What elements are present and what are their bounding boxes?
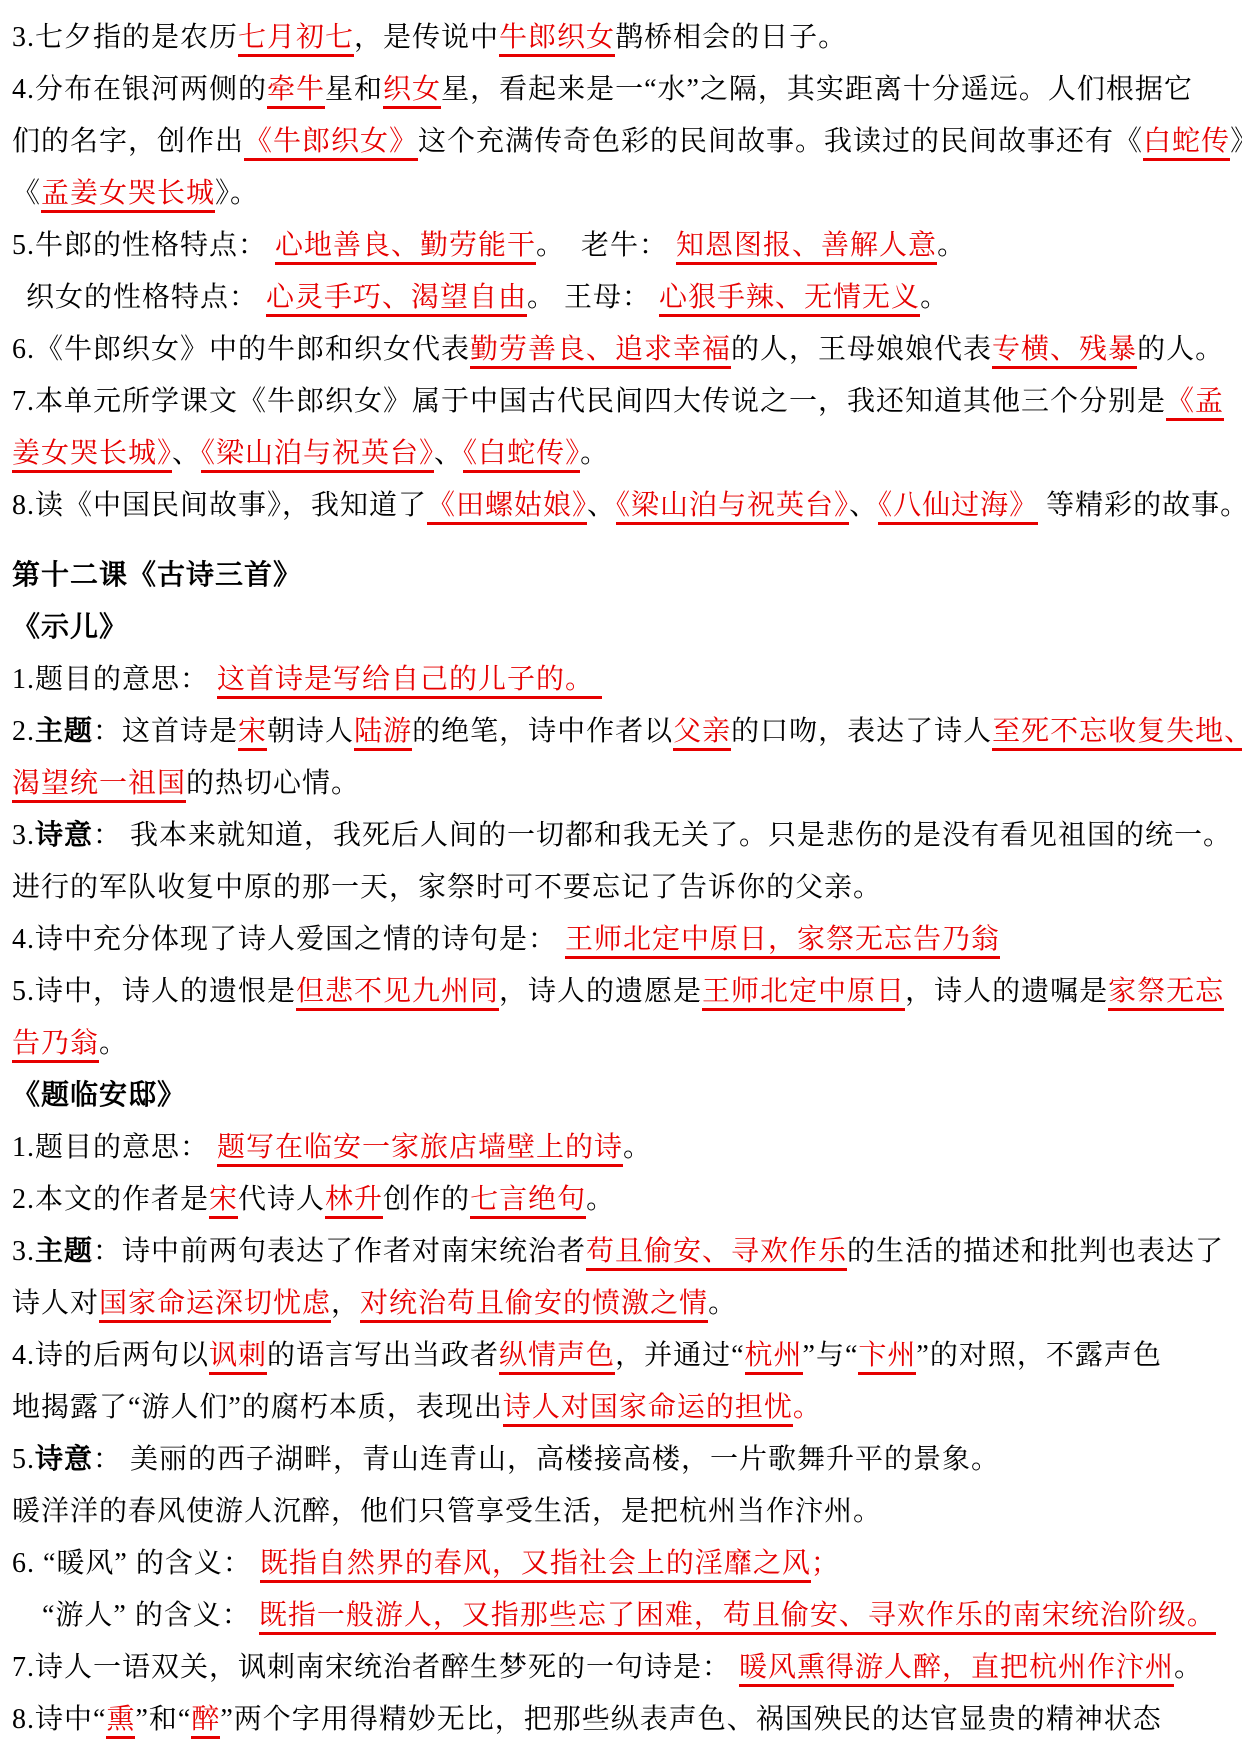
answer-text: 心地善良、勤劳能干: [275, 230, 536, 265]
body-text: 这个充满传奇色彩的民间故事。我读过的民间故事还有《: [418, 126, 1143, 157]
body-text: 》: [1230, 126, 1242, 157]
answer-text: 七月初七: [238, 22, 354, 57]
answer-text: 但悲不见九州同: [296, 976, 499, 1011]
body-text: 1.题目的意思：: [12, 664, 217, 695]
shier-item-5-line2: 告乃翁。: [12, 1018, 1234, 1070]
body-text: 。: [580, 438, 609, 469]
body-text: 代诗人: [238, 1184, 325, 1215]
document-page: 3.七夕指的是农历七月初七，是传说中牛郎织女鹊桥相会的日子。4.分布在银河两侧的…: [0, 0, 1242, 1746]
answer-text: 勤劳善良、追求幸福: [470, 334, 731, 369]
answer-text: 。: [793, 1392, 822, 1423]
answer-text: 孟姜女哭长城: [41, 178, 215, 213]
heading-text: 第十二课《古诗三首》: [12, 560, 302, 591]
item-5-line2: 织女的性格特点： 心灵手巧、渴望自由。 王母： 心狠手辣、无情无义。: [12, 272, 1234, 324]
heading-text: 主题: [35, 716, 93, 747]
tla-item-7: 7.诗人一语双关，讽刺南宋统治者醉生梦死的一句诗是： 暖风熏得游人醉，直把杭州作…: [12, 1642, 1234, 1694]
body-text: 3.: [12, 1236, 35, 1267]
body-text: 暖洋洋的春风使游人沉醉，他们只管享受生活，是把杭州当作汴州。: [12, 1496, 882, 1527]
body-text: 5.: [12, 1444, 35, 1475]
answer-text: 家祭无忘: [1108, 976, 1224, 1011]
body-text: 创作的: [383, 1184, 470, 1215]
item-7-line1: 7.本单元所学课文《牛郎织女》属于中国古代民间四大传说之一，我还知道其他三个分别…: [12, 376, 1234, 428]
body-text: ： 我本来就知道，我死后人间的一切都和我无关了。只是悲伤的是没有看见祖国的统一。: [93, 820, 1232, 851]
answer-text: 纵情声色: [499, 1340, 615, 1375]
item-4-line3: 《孟姜女哭长城》。: [12, 168, 1234, 220]
body-text: 、: [172, 438, 201, 469]
answer-text: 宋: [238, 716, 267, 751]
poem-title-shier: 《示儿》: [12, 602, 1234, 654]
body-text: ，诗人的遗嘱是: [905, 976, 1108, 1007]
body-text: “游人” 的含义：: [42, 1600, 259, 1631]
body-text: ，是传说中: [354, 22, 499, 53]
body-text: 4.分布在银河两侧的: [12, 74, 267, 105]
body-text: 。: [623, 1132, 652, 1163]
answer-text: 渴望统一祖国: [12, 768, 186, 803]
answer-text: 题写在临安一家旅店墙壁上的诗: [217, 1132, 623, 1167]
body-text: ： 美丽的西子湖畔，青山连青山，高楼接高楼，一片歌舞升平的景象。: [93, 1444, 1000, 1475]
shier-item-2-line2: 渴望统一祖国的热切心情。: [12, 758, 1234, 810]
shier-item-5-line1: 5.诗中，诗人的遗恨是但悲不见九州同，诗人的遗愿是王师北定中原日，诗人的遗嘱是家…: [12, 966, 1234, 1018]
body-text: 。: [708, 1288, 737, 1319]
body-text: 。: [99, 1028, 128, 1059]
body-text: 、: [587, 490, 616, 521]
body-text: 诗人对: [12, 1288, 99, 1319]
blank-line: [12, 532, 1234, 550]
answer-text: 既指自然界的春风，又指社会上的淫靡之风: [260, 1548, 811, 1583]
body-text: 8.诗中“: [12, 1704, 106, 1735]
body-text: 7.本单元所学课文《牛郎织女》属于中国古代民间四大传说之一，我还知道其他三个分别…: [12, 386, 1166, 417]
body-text: 们的名字，创作出: [12, 126, 244, 157]
body-text: 2.: [12, 716, 35, 747]
tla-item-5-line2: 暖洋洋的春风使游人沉醉，他们只管享受生活，是把杭州当作汴州。: [12, 1486, 1234, 1538]
heading-text: 诗意: [35, 820, 93, 851]
tla-item-6-line2: “游人” 的含义： 既指一般游人，又指那些忘了困难，苟且偷安、寻欢作乐的南宋统治…: [12, 1590, 1234, 1642]
shier-item-1: 1.题目的意思： 这首诗是写给自己的儿子的。: [12, 654, 1234, 706]
body-text: ，并通过“: [615, 1340, 744, 1371]
answer-text: 林升: [325, 1184, 383, 1219]
body-text: 鹊桥相会的日子。: [615, 22, 847, 53]
body-text: 。: [1174, 1652, 1203, 1683]
body-text: 。 老牛：: [536, 230, 676, 261]
answer-text: 牛郎织女: [499, 22, 615, 57]
body-text: 》。: [215, 178, 259, 209]
answer-text: 暖风熏得游人醉，直把杭州作汴州: [739, 1652, 1174, 1687]
body-text: ，: [331, 1288, 360, 1319]
body-text: 的人，王母娘娘代表: [731, 334, 992, 365]
answer-text: 《梁山泊与祝英台》: [616, 490, 849, 525]
tla-item-5-line1: 5.诗意： 美丽的西子湖畔，青山连青山，高楼接高楼，一片歌舞升平的景象。: [12, 1434, 1234, 1486]
item-3-qixi: 3.七夕指的是农历七月初七，是传说中牛郎织女鹊桥相会的日子。: [12, 12, 1234, 64]
answer-text: 《梁山泊与祝英台》: [201, 438, 434, 473]
body-text: 5.牛郎的性格特点：: [12, 230, 275, 261]
tla-item-1: 1.题目的意思： 题写在临安一家旅店墙壁上的诗。: [12, 1122, 1234, 1174]
body-text: 3.: [12, 820, 35, 851]
body-text: 6.《牛郎织女》中的牛郎和织女代表: [12, 334, 470, 365]
answer-text: 醉: [191, 1704, 220, 1739]
body-text: ，诗人的遗愿是: [499, 976, 702, 1007]
tla-item-4-line1: 4.诗的后两句以讽刺的语言写出当政者纵情声色，并通过“杭州”与“卞州”的对照，不…: [12, 1330, 1234, 1382]
answer-text: 既指一般游人，又指那些忘了困难，苟且偷安、寻欢作乐的南宋统治阶级。: [259, 1600, 1216, 1635]
shier-item-2-line1: 2.主题：这首诗是宋朝诗人陆游的绝笔，诗中作者以父亲的口吻，表达了诗人至死不忘收…: [12, 706, 1234, 758]
body-text: 星和: [325, 74, 383, 105]
body-text: 、: [434, 438, 463, 469]
answer-text: 知恩图报、善解人意: [676, 230, 937, 265]
answer-text: 《田螺姑娘》: [427, 490, 587, 525]
item-5-line1: 5.牛郎的性格特点： 心地善良、勤劳能干。 老牛： 知恩图报、善解人意。: [12, 220, 1234, 272]
tla-item-2: 2.本文的作者是宋代诗人林升创作的七言绝句。: [12, 1174, 1234, 1226]
body-text: 进行的军队收复中原的那一天，家祭时可不要忘记了告诉你的父亲。: [12, 872, 882, 903]
body-text: ”与“: [803, 1340, 859, 1371]
heading-text: 主题: [35, 1236, 93, 1267]
tla-item-6-line1: 6. “暖风” 的含义： 既指自然界的春风，又指社会上的淫靡之风；: [12, 1538, 1234, 1590]
body-text: ”两个字用得精妙无比，把那些纵表声色、祸国殃民的达官显贵的精神状态: [220, 1704, 1161, 1735]
answer-text: 《孟: [1166, 386, 1224, 421]
item-4-line2: 们的名字，创作出《牛郎织女》这个充满传奇色彩的民间故事。我读过的民间故事还有《白…: [12, 116, 1234, 168]
body-text: 的人。: [1137, 334, 1224, 365]
answer-text: 七言绝句: [470, 1184, 586, 1219]
answer-text: 父亲: [673, 716, 731, 751]
body-text: 2.本文的作者是: [12, 1184, 209, 1215]
tla-item-4-line2: 地揭露了“游人们”的腐朽本质，表现出诗人对国家命运的担忧。: [12, 1382, 1234, 1434]
body-text: 1.题目的意思：: [12, 1132, 217, 1163]
answer-text: 专横、残暴: [992, 334, 1137, 369]
shier-item-3-line2: 进行的军队收复中原的那一天，家祭时可不要忘记了告诉你的父亲。: [12, 862, 1234, 914]
answer-text: 心狠手辣、无情无义: [659, 282, 920, 317]
body-text: 朝诗人: [267, 716, 354, 747]
body-text: 的语言写出当政者: [267, 1340, 499, 1371]
answer-text: 诗人对国家命运的担忧: [503, 1392, 793, 1427]
body-text: 6. “暖风” 的含义：: [12, 1548, 260, 1579]
answer-text: 《白蛇传》: [463, 438, 580, 473]
body-text: ：这首诗是: [93, 716, 238, 747]
body-text: 的绝笔，诗中作者以: [412, 716, 673, 747]
answer-text: 陆游: [354, 716, 412, 751]
shier-item-4: 4.诗中充分体现了诗人爱国之情的诗句是： 王师北定中原日，家祭无忘告乃翁: [12, 914, 1234, 966]
answer-text: 王师北定中原日: [702, 976, 905, 1011]
answer-text: 讽刺: [209, 1340, 267, 1375]
answer-text: 白蛇传: [1143, 126, 1230, 161]
body-text: 8.读《中国民间故事》，我知道了: [12, 490, 427, 521]
answer-text: 对统治苟且偷安的愤激之情: [360, 1288, 708, 1323]
answer-text: 告乃翁: [12, 1028, 99, 1063]
lesson-heading: 第十二课《古诗三首》: [12, 550, 1234, 602]
body-text: 4.诗中充分体现了诗人爱国之情的诗句是：: [12, 924, 565, 955]
body-text: ：诗中前两句表达了作者对南宋统治者: [93, 1236, 586, 1267]
answer-text: 牵牛: [267, 74, 325, 109]
body-text: ”的对照，不露声色: [916, 1340, 1161, 1371]
answer-text: 心灵手巧、渴望自由: [266, 282, 527, 317]
answer-text: 王师北定中原日，家祭无忘告乃翁: [565, 924, 1000, 959]
shier-item-3-line1: 3.诗意： 我本来就知道，我死后人间的一切都和我无关了。只是悲伤的是没有看见祖国…: [12, 810, 1234, 862]
body-text: 。 王母：: [527, 282, 659, 313]
answer-text: 至死不忘收复失地、: [992, 716, 1242, 751]
answer-text: 熏: [106, 1704, 135, 1739]
item-4-line1: 4.分布在银河两侧的牵牛星和织女星，看起来是一“水”之隔，其实距离十分遥远。人们…: [12, 64, 1234, 116]
tla-item-8: 8.诗中“熏”和“醉”两个字用得精妙无比，把那些纵表声色、祸国殃民的达官显贵的精…: [12, 1694, 1234, 1746]
body-text: 4.诗的后两句以: [12, 1340, 209, 1371]
heading-text: 《题临安邸》: [12, 1080, 186, 1111]
body-text: 的口吻，表达了诗人: [731, 716, 992, 747]
body-text: 、: [849, 490, 878, 521]
body-text: 织女的性格特点：: [26, 282, 266, 313]
heading-text: 《示儿》: [12, 612, 128, 643]
answer-text: 《八仙过海》: [878, 490, 1038, 525]
body-text: 的生活的描述和批判也表达了: [847, 1236, 1224, 1267]
body-text: 。: [937, 230, 966, 261]
body-text: 。: [586, 1184, 615, 1215]
answer-text: 杭州: [745, 1340, 803, 1375]
item-8: 8.读《中国民间故事》，我知道了《田螺姑娘》、《梁山泊与祝英台》、《八仙过海》 …: [12, 480, 1234, 532]
body-text: 。: [920, 282, 949, 313]
item-6: 6.《牛郎织女》中的牛郎和织女代表勤劳善良、追求幸福的人，王母娘娘代表专横、残暴…: [12, 324, 1234, 376]
body-text: 3.七夕指的是农历: [12, 22, 238, 53]
item-7-line2: 姜女哭长城》、《梁山泊与祝英台》、《白蛇传》。: [12, 428, 1234, 480]
body-text: 5.诗中，诗人的遗恨是: [12, 976, 296, 1007]
body-text: 地揭露了“游人们”的腐朽本质，表现出: [12, 1392, 503, 1423]
answer-text: 苟且偷安、寻欢作乐: [586, 1236, 847, 1271]
answer-text: 这首诗是写给自己的儿子的。: [217, 664, 602, 699]
body-text: 星，看起来是一“水”之隔，其实距离十分遥远。人们根据它: [441, 74, 1193, 105]
answer-text: 国家命运深切忧虑: [99, 1288, 331, 1323]
answer-text: 卞州: [858, 1340, 916, 1375]
body-text: 7.诗人一语双关，讽刺南宋统治者醉生梦死的一句诗是：: [12, 1652, 739, 1683]
answer-text: 《牛郎织女》: [244, 126, 418, 161]
answer-text: 宋: [209, 1184, 238, 1219]
body-text: 《: [12, 178, 41, 209]
body-text: ”和“: [135, 1704, 191, 1735]
poem-title-tilinanti: 《题临安邸》: [12, 1070, 1234, 1122]
tla-item-3-line1: 3.主题：诗中前两句表达了作者对南宋统治者苟且偷安、寻欢作乐的生活的描述和批判也…: [12, 1226, 1234, 1278]
body-text: 等精彩的故事。: [1038, 490, 1242, 521]
heading-text: 诗意: [35, 1444, 93, 1475]
tla-item-3-line2: 诗人对国家命运深切忧虑，对统治苟且偷安的愤激之情。: [12, 1278, 1234, 1330]
body-text: 的热切心情。: [186, 768, 360, 799]
answer-text: 织女: [383, 74, 441, 109]
answer-text: 姜女哭长城》: [12, 438, 172, 473]
answer-text: ；: [811, 1548, 840, 1579]
